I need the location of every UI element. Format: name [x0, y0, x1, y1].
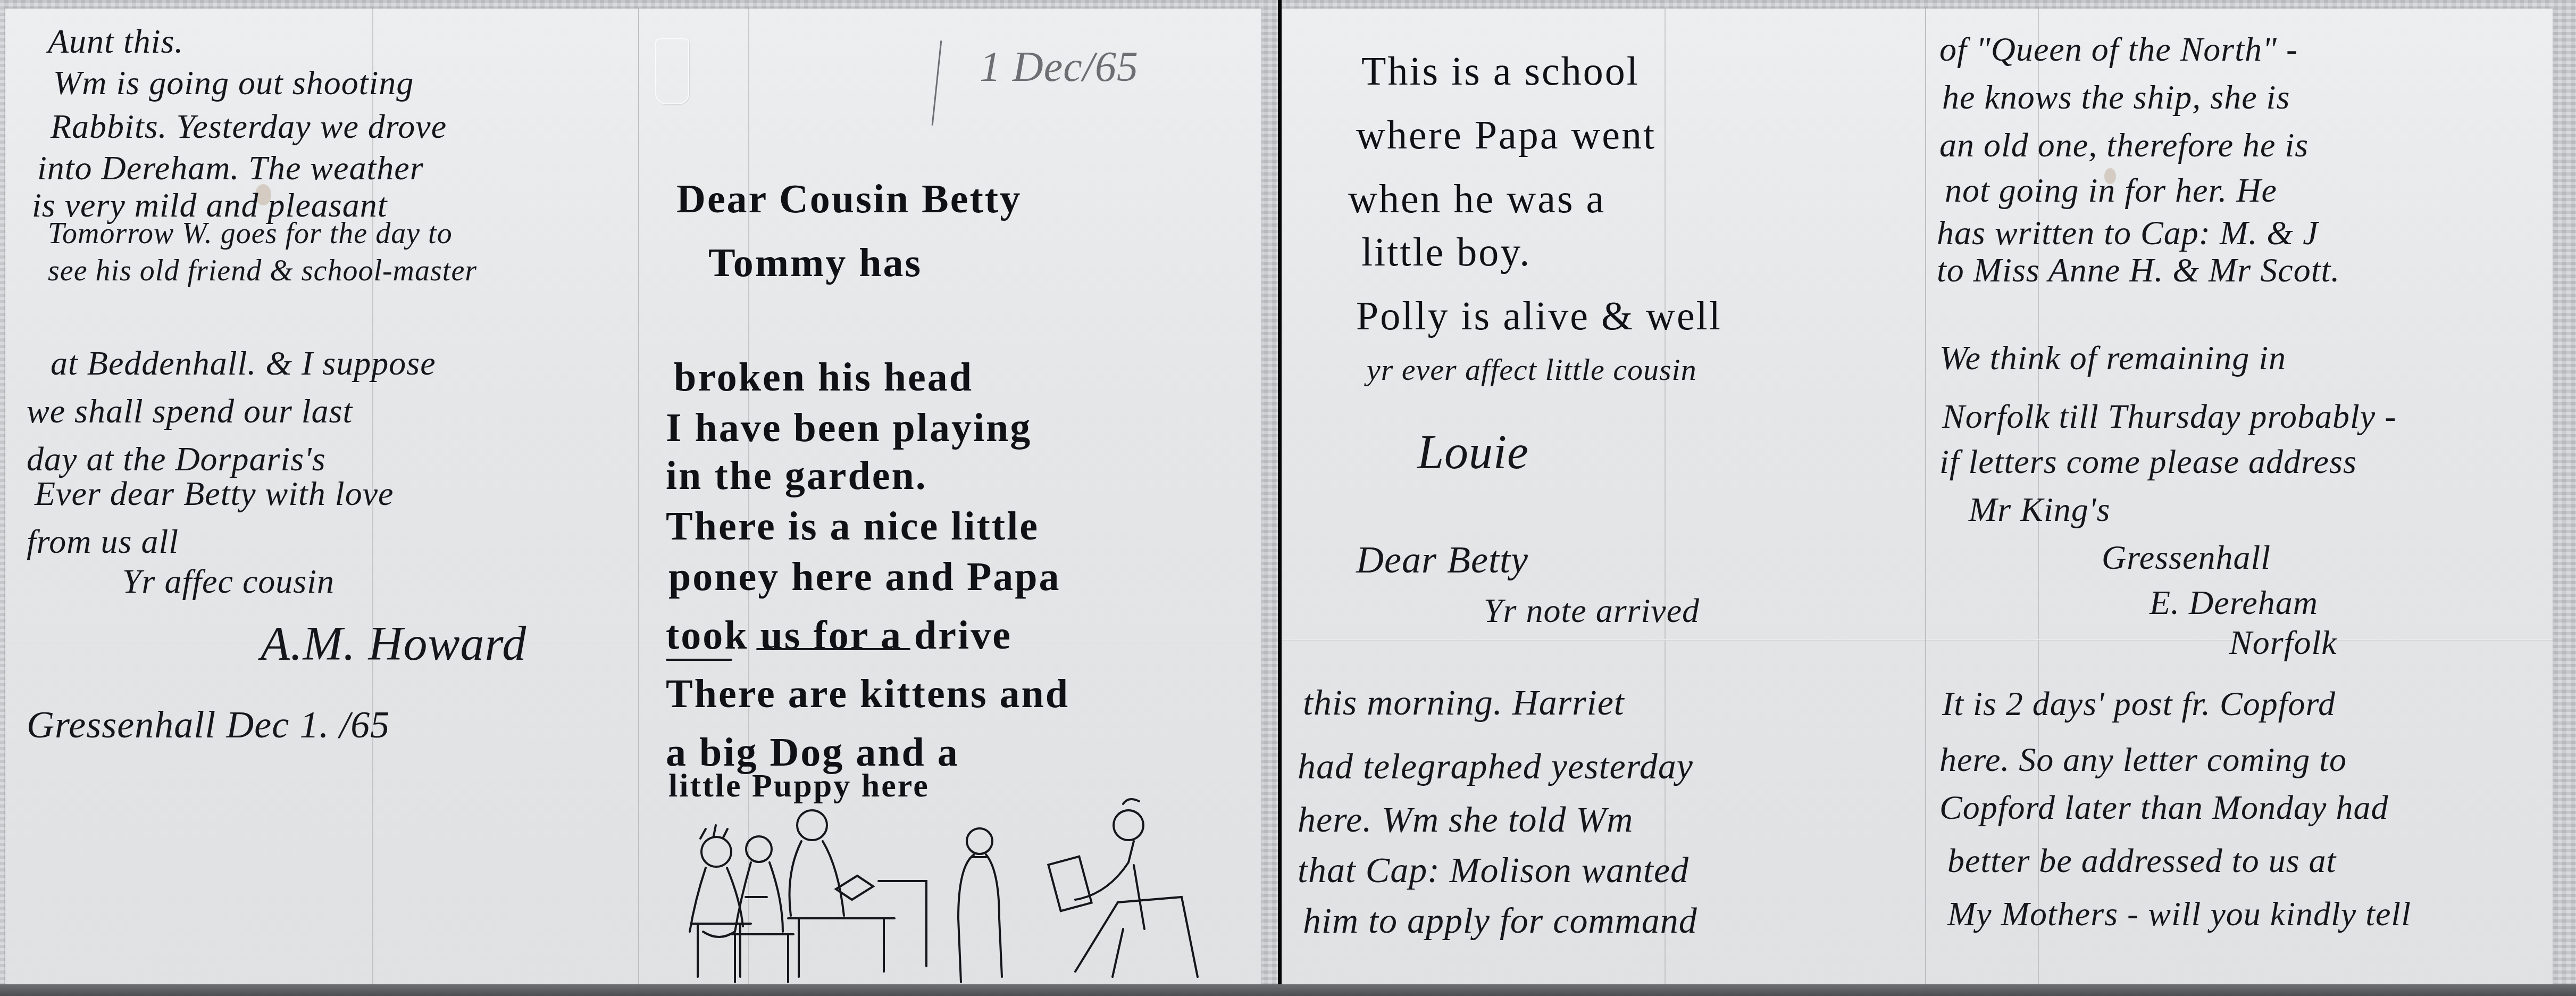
handwritten-line: Rabbits. Yesterday we drove: [51, 110, 447, 144]
handwritten-line: him to apply for command: [1303, 902, 1697, 939]
letter-page-child: 1 Dec/65 Dear Cousin Betty Tommy has bro…: [639, 9, 1261, 987]
handwritten-line: Yr note arrived: [1484, 594, 1700, 628]
address-line: Norfolk: [2229, 626, 2337, 660]
signature: A.M. Howard: [261, 620, 526, 668]
handwritten-line: has written to Cap: M. & J: [1937, 216, 2319, 250]
handwritten-line: Aunt this.: [48, 24, 183, 59]
handwritten-line: into Dereham. The weather: [37, 151, 424, 185]
handwritten-line: he knows the ship, she is: [1942, 80, 2290, 114]
address-line: Mr King's: [1969, 493, 2110, 527]
handwritten-line: better be addressed to us at: [1947, 844, 2336, 878]
child-line: This is a school: [1361, 51, 1640, 92]
handwritten-line: Ever dear Betty with love: [35, 477, 394, 511]
bottom-shadow-strip: [0, 984, 2576, 996]
left-photograph: Aunt this. Wm is going out shooting Rabb…: [0, 0, 1278, 996]
child-line: poney here and Papa: [668, 557, 1061, 597]
child-line: broken his head: [674, 357, 973, 397]
underline: [756, 648, 910, 650]
pencil-date: 1 Dec/65: [980, 46, 1139, 88]
child-line: I have been playing: [666, 408, 1032, 448]
handwritten-line: day at the Dorparis's: [27, 442, 326, 476]
pencil-slash: [932, 40, 942, 125]
handwritten-line: Wm is going out shooting: [53, 66, 414, 100]
child-line: Polly is alive & well: [1356, 296, 1722, 336]
handwritten-line: here. So any letter coming to: [1939, 743, 2347, 777]
handwritten-line: an old one, therefore he is: [1939, 128, 2309, 162]
paper-fold-line: [1282, 639, 1925, 641]
letter-page-howard: Aunt this. Wm is going out shooting Rabb…: [5, 9, 639, 987]
child-line: Dear Cousin Betty: [676, 179, 1022, 219]
handwritten-line: Tomorrow W. goes for the day to: [48, 219, 453, 248]
photo-divider: [1278, 0, 1282, 996]
child-line: in the garden.: [666, 455, 927, 496]
handwritten-line: to Miss Anne H. & Mr Scott.: [1937, 253, 2340, 287]
handwritten-line: It is 2 days' post fr. Copford: [1942, 687, 2336, 721]
handwritten-line: My Mothers - will you kindly tell: [1947, 897, 2411, 931]
child-line: Tommy has: [708, 243, 922, 283]
child-line: There are kittens and: [666, 674, 1069, 714]
handwritten-line: that Cap: Molison wanted: [1298, 852, 1689, 888]
handwritten-line: We think of remaining in: [1939, 341, 2286, 375]
place-and-date: Gressenhall Dec 1. /65: [27, 705, 390, 744]
salutation: Dear Betty: [1356, 541, 1528, 579]
handwritten-line: Copford later than Monday had: [1939, 791, 2388, 825]
child-line: There is a nice little: [666, 506, 1039, 546]
paper-fold-line: [1665, 9, 1666, 987]
handwritten-line: not going in for her. He: [1945, 173, 2277, 207]
handwritten-line: from us all: [27, 525, 179, 559]
handwritten-line: at Beddenhall. & I suppose: [51, 346, 436, 380]
signature: Louie: [1417, 429, 1529, 477]
child-line: a big Dog and a: [666, 732, 959, 773]
letter-page-school-note: This is a school where Papa went when he…: [1282, 9, 1926, 987]
handwritten-line: if letters come please address: [1939, 445, 2357, 479]
handwritten-line: here. Wm she told Wm: [1298, 801, 1633, 837]
handwritten-line: we shall spend our last: [27, 394, 353, 428]
handwritten-line: yr ever affect little cousin: [1367, 354, 1697, 385]
handwritten-line: Norfolk till Thursday probably -: [1942, 400, 2397, 434]
child-line: where Papa went: [1356, 115, 1656, 155]
closing-line: Yr affec cousin: [122, 565, 334, 599]
handwritten-line: this morning. Harriet: [1303, 684, 1625, 720]
handwritten-line: of "Queen of the North" -: [1939, 32, 2298, 67]
right-photograph: This is a school where Papa went when he…: [1282, 0, 2576, 996]
child-line: when he was a: [1348, 179, 1605, 219]
letter-page-queen-of-the-north: of "Queen of the North" - he knows the s…: [1926, 9, 2553, 987]
address-line: E. Dereham: [2150, 586, 2318, 620]
family-sketch-drawing: [660, 796, 1256, 987]
underline: [666, 659, 732, 661]
embossed-crest: [655, 38, 689, 104]
child-line: little boy.: [1361, 232, 1531, 272]
handwritten-line: had telegraphed yesterday: [1298, 748, 1693, 784]
address-line: Gressenhall: [2102, 541, 2271, 575]
handwritten-line: see his old friend & school-master: [48, 256, 477, 286]
